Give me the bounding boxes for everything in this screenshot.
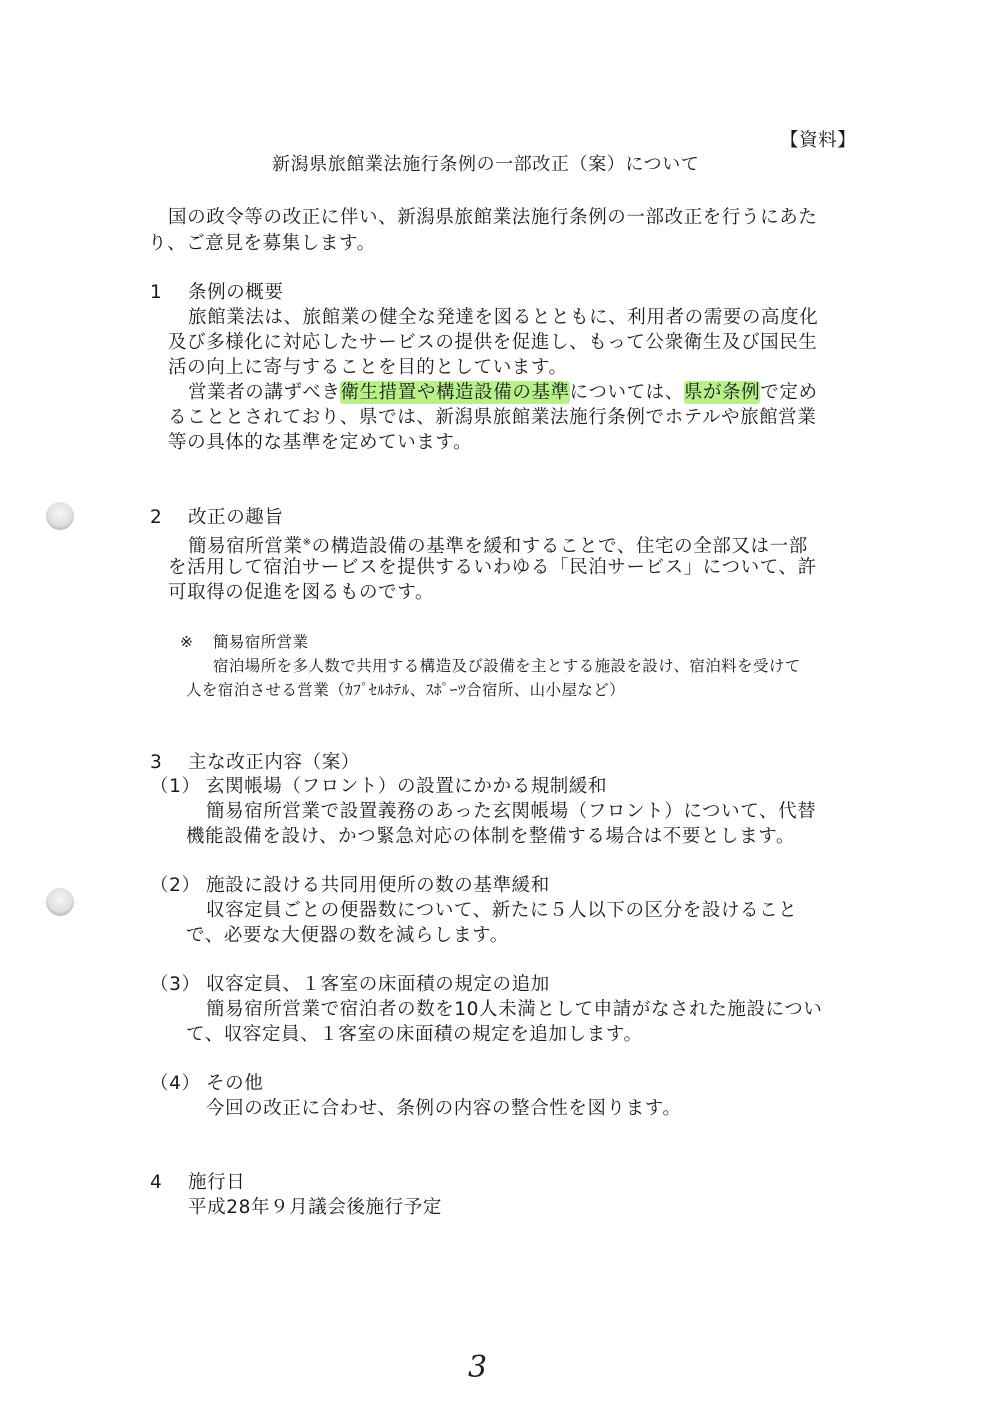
section2-term: 簡易宿所営業 <box>188 536 303 557</box>
punch-hole-bottom <box>46 888 74 916</box>
section4-number: 4 <box>150 1170 162 1196</box>
section1-para1-line2: 及び多様化に対応したサービスの提供を促進し、もって公衆衛生及び国民生 <box>168 330 817 356</box>
section2-number: 2 <box>150 505 162 531</box>
section1-para2-line2: ることとされており、県では、新潟県旅館業法施行条例でホテルや旅館営業 <box>168 405 816 431</box>
punch-hole-top <box>46 502 74 530</box>
section2-text: の構造設備の基準を緩和することで、住宅の全部又は一部 <box>312 536 808 557</box>
item3-number: （3） <box>150 972 201 998</box>
intro-line-1: 国の政令等の改正に伴い、新潟県旅館業法施行条例の一部改正を行うにあた <box>168 205 817 231</box>
note-term: 簡易宿所営業 <box>213 630 308 654</box>
document-label: 【資料】 <box>780 128 856 154</box>
item2-number: （2） <box>150 873 201 899</box>
section1-number: 1 <box>150 280 162 306</box>
section3-number: 3 <box>150 750 162 776</box>
intro-line-2: り、ご意見を募集します。 <box>148 231 376 257</box>
item1-title: 玄関帳場（フロント）の設置にかかる規制緩和 <box>206 774 607 800</box>
item3-line1: 簡易宿所営業で宿泊者の数を10人未満として申請がなされた施設につい <box>206 997 822 1023</box>
section4-heading: 施行日 <box>188 1170 245 1196</box>
document-title: 新潟県旅館業法施行条例の一部改正（案）について <box>272 152 699 178</box>
section1-para2-line3: 等の具体的な基準を定めています。 <box>168 430 472 456</box>
item4-line1: 今回の改正に合わせ、条例の内容の整合性を図ります。 <box>206 1096 681 1122</box>
para2-text-a: 営業者の講ずべき <box>188 382 340 403</box>
section1-para1-line3: 活の向上に寄与することを目的としています。 <box>168 355 568 381</box>
section1-para1-line1: 旅館業法は、旅館業の健全な発達を図るとともに、利用者の需要の高度化 <box>188 305 818 331</box>
note-mark: ※ <box>180 630 193 654</box>
section2-para-line2: を活用して宿泊サービスを提供するいわゆる「民泊サービス」について、許 <box>168 555 817 581</box>
highlight-hygiene-standards: 衛生措置や構造設備の基準 <box>340 381 569 404</box>
section3-heading: 主な改正内容（案） <box>188 750 360 776</box>
item2-line2: で、必要な大便器の数を減らします。 <box>186 923 509 949</box>
item3-line2: て、収容定員、１客室の床面積の規定を追加します。 <box>186 1022 643 1048</box>
note-line-1: 宿泊場所を多人数で共用する構造及び設備を主とする施設を設け、宿泊料を受けて <box>213 654 801 678</box>
item1-number: （1） <box>150 774 201 800</box>
section2-para-line3: 可取得の促進を図るものです。 <box>168 580 434 606</box>
footnote-mark: ※ <box>303 537 312 548</box>
highlight-prefecture-ordinance: 県が条例 <box>684 381 760 404</box>
item1-line2: 機能設備を設け、かつ緊急対応の体制を整備する場合は不要とします。 <box>186 824 795 850</box>
para2-text-b: については、 <box>570 382 684 403</box>
item1-line1: 簡易宿所営業で設置義務のあった玄関帳場（フロント）について、代替 <box>206 799 816 825</box>
section2-heading: 改正の趣旨 <box>188 505 284 531</box>
section1-heading: 条例の概要 <box>188 280 284 306</box>
page-number: 3 <box>468 1350 487 1385</box>
item3-title: 収容定員、１客室の床面積の規定の追加 <box>206 972 550 998</box>
item4-number: （4） <box>150 1071 201 1097</box>
note-line-2: 人を宿泊させる営業（ｶﾌﾟｾﾙﾎﾃﾙ、ｽﾎﾟｰﾂ合宿所、山小屋など） <box>186 678 625 702</box>
item2-line1: 収容定員ごとの便器数について、新たに５人以下の区分を設けること <box>206 898 797 924</box>
item2-title: 施設に設ける共同用便所の数の基準緩和 <box>206 873 550 899</box>
section4-text: 平成28年９月議会後施行予定 <box>188 1195 442 1221</box>
para2-text-c: で定め <box>760 382 817 403</box>
section1-para2-line1: 営業者の講ずべき衛生措置や構造設備の基準については、県が条例で定め <box>188 380 818 406</box>
item4-title: その他 <box>206 1071 263 1097</box>
scanned-document-page: 【資料】 新潟県旅館業法施行条例の一部改正（案）について 国の政令等の改正に伴い… <box>0 0 1000 1419</box>
